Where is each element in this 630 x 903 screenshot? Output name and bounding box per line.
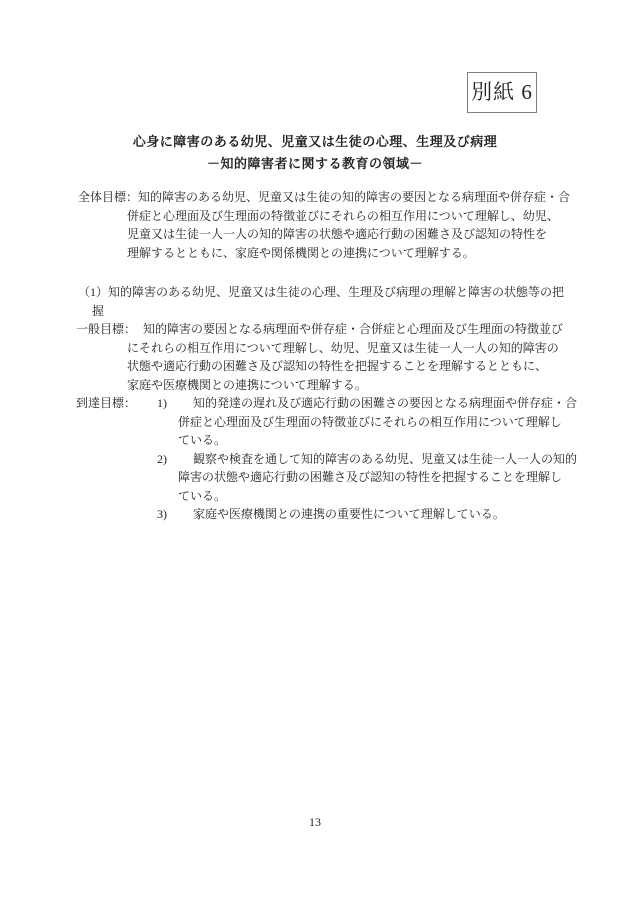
goal-item-number: 1) — [157, 394, 178, 450]
attainment-goal-label: 到達目標： — [76, 394, 157, 524]
goal-item-text: 家庭や医療機関との連携の重要性について理解している。 — [178, 505, 600, 524]
overall-goal-paragraph: 全体目標：知的障害のある幼児、児童又は生徒の知的障害の要因となる病理面や併存症・… — [127, 188, 590, 262]
overall-goal-text: 知的障害のある幼児、児童又は生徒の知的障害の要因となる病理面や併存症・合 併症と… — [127, 190, 570, 260]
document-page: 別紙 6 心身に障害のある幼児、児童又は生徒の心理、生理及び病理 －知的障害者に… — [0, 0, 630, 903]
general-goal-paragraph: 一般目標：知的障害の要因となる病理面や併存症・合併症と心理面及び生理面の特徴並び… — [127, 320, 590, 394]
goal-item: 2) 観察や検査を通して知的障害のある幼児、児童又は生徒一人一人の知的 障害の状… — [157, 450, 600, 506]
goal-item-number: 3) — [157, 505, 178, 524]
goal-item-text: 知的発達の遅れ及び適応行動の困難さの要因となる病理面や併存症・合 併症と心理面及… — [178, 394, 600, 450]
title-line-2: －知的障害者に関する教育の領域－ — [0, 153, 630, 175]
goal-item: 1) 知的発達の遅れ及び適応行動の困難さの要因となる病理面や併存症・合 併症と心… — [157, 394, 600, 450]
attainment-goal-block: 到達目標： 1) 知的発達の遅れ及び適応行動の困難さの要因となる病理面や併存症・… — [76, 394, 600, 524]
general-goal-label: 一般目標： — [76, 322, 136, 336]
overall-goal-label: 全体目標： — [78, 190, 138, 204]
goal-item-text: 観察や検査を通して知的障害のある幼児、児童又は生徒一人一人の知的 障害の状態や適… — [178, 450, 600, 506]
attachment-label: 別紙 6 — [471, 80, 533, 104]
goal-item-number: 2) — [157, 450, 178, 506]
attainment-goal-items: 1) 知的発達の遅れ及び適応行動の困難さの要因となる病理面や併存症・合 併症と心… — [157, 394, 600, 524]
section-1-heading: （1）知的障害のある幼児、児童又は生徒の心理、生理及び病理の理解と障害の状態等の… — [92, 283, 590, 320]
attachment-number-box: 別紙 6 — [467, 72, 537, 113]
general-goal-text: 知的障害の要因となる病理面や併存症・合併症と心理面及び生理面の特徴並び にそれら… — [127, 322, 563, 392]
page-number: 13 — [0, 813, 630, 832]
title-line-1: 心身に障害のある幼児、児童又は生徒の心理、生理及び病理 — [0, 131, 630, 153]
goal-item: 3) 家庭や医療機関との連携の重要性について理解している。 — [157, 505, 600, 524]
